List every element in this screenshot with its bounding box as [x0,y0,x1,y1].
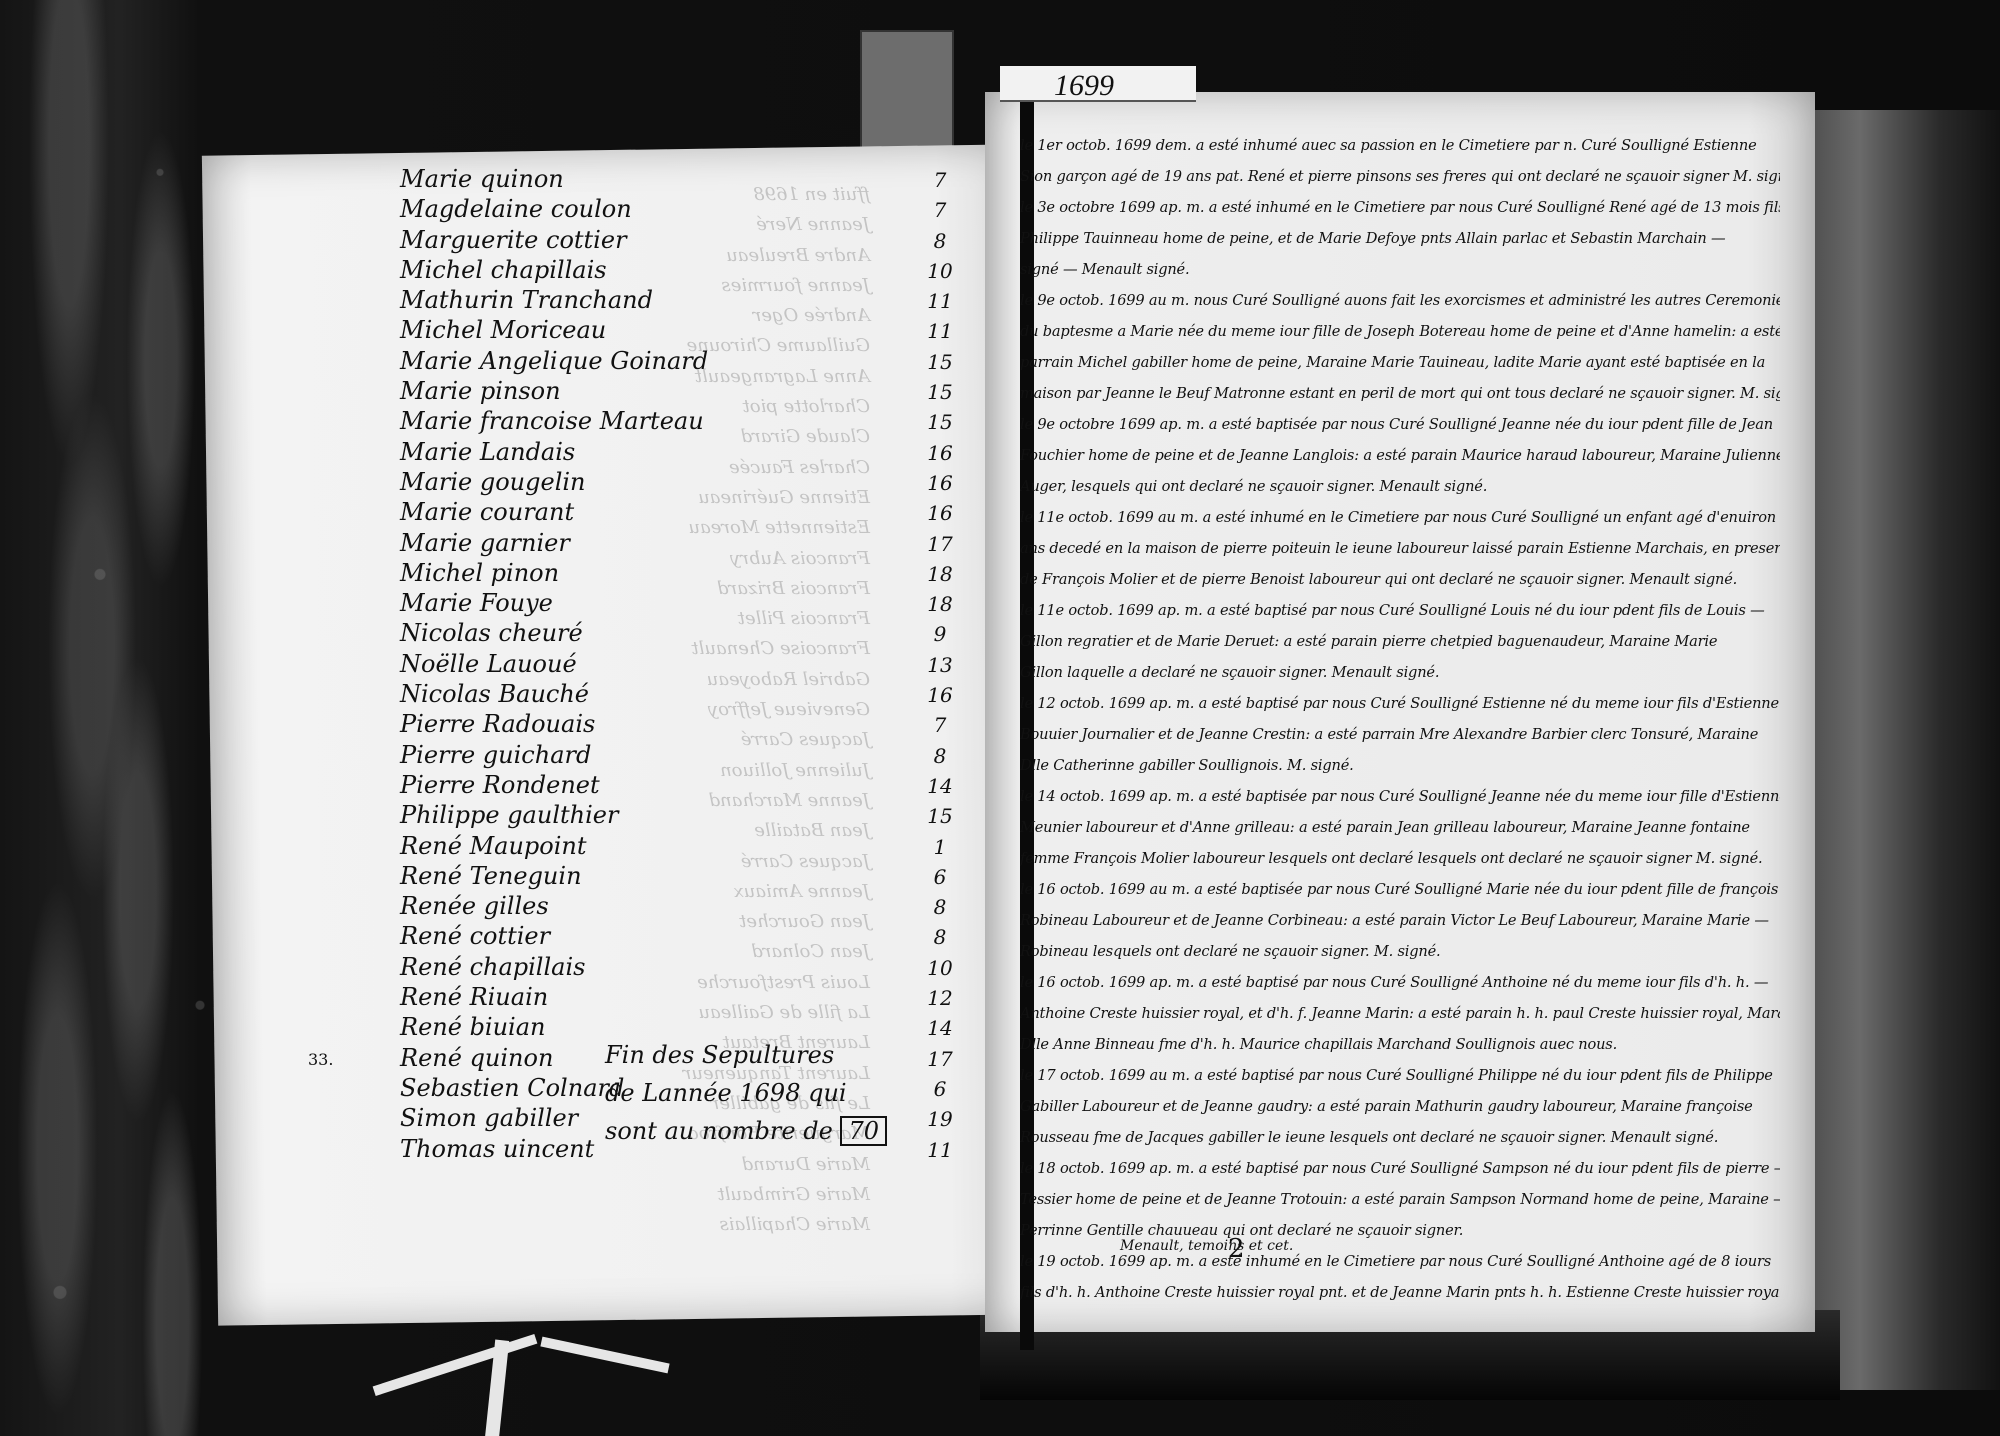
entry-day: 15 [920,410,960,434]
register-line: le 16 octob. 1699 au m. a esté baptisée … [1020,874,1780,905]
list-item: René Teneguin6 [400,862,960,892]
list-item: Nicolas cheuré9 [400,619,960,649]
register-line: femme François Molier laboureur lesquels… [1020,843,1780,874]
entry-day: 17 [920,532,960,556]
entry-name: Marie courant [400,498,574,526]
entry-day: 7 [920,168,960,192]
register-line: Meunier laboureur et d'Anne grilleau: a … [1020,812,1780,843]
margin-number: 33. [308,1050,333,1069]
register-line: parrain Michel gabiller home de peine, M… [1020,347,1780,378]
register-line: le 17 octob. 1699 au m. a esté baptisé p… [1020,1060,1780,1091]
entry-name: Noëlle Lauoué [400,650,577,678]
entry-day: 15 [920,804,960,828]
closing-line-2: de Lannée 1698 qui [605,1074,887,1112]
register-line: le 9e octobre 1699 ap. m. a esté baptisé… [1020,409,1780,440]
register-line: le 9e octob. 1699 au m. nous Curé Soulli… [1020,285,1780,316]
register-line: Rousseau fme de Jacques gabiller le ieun… [1020,1122,1780,1153]
entry-name: Marguerite cottier [400,226,627,254]
bleed-through-line: Marie Chapillais [640,1210,870,1240]
list-item: Philippe gaulthier15 [400,801,960,831]
list-item: Michel pinon18 [400,559,960,589]
binding-tab [860,30,954,164]
ribbon-marker [370,1320,670,1436]
entry-name: Simon gabiller [400,1104,578,1132]
closing-statement: Fin des Sepultures de Lannée 1698 qui so… [605,1036,887,1150]
list-item: René Maupoint1 [400,832,960,862]
register-line: Gillon laquelle a declaré ne sçauoir sig… [1020,657,1780,688]
entry-name: René chapillais [400,953,585,981]
entry-day: 6 [920,865,960,889]
list-item: Marie pinson15 [400,377,960,407]
entry-day: 18 [920,562,960,586]
register-line: fils d'h. h. Anthoine Creste huissier ro… [1020,1277,1780,1308]
entry-name: Michel Moriceau [400,316,606,344]
list-item: Michel Moriceau11 [400,316,960,346]
entry-name: René Maupoint [400,832,587,860]
entry-name: Marie pinson [400,377,561,405]
register-line: Sion garçon agé de 19 ans pat. René et p… [1020,161,1780,192]
list-item: Marguerite cottier8 [400,226,960,256]
total-count-box: 70 [840,1116,887,1146]
list-item: Marie Landais16 [400,438,960,468]
entry-day: 9 [920,622,960,646]
entry-day: 16 [920,471,960,495]
book-edge [1800,110,2000,1390]
entry-name: Michel pinon [400,559,559,587]
entry-name: Marie garnier [400,529,570,557]
entry-name: Michel chapillais [400,256,607,284]
register-line: Gillon regratier et de Marie Deruet: a e… [1020,626,1780,657]
closing-line-3: sont au nombre de 70 [605,1112,887,1150]
register-line: Gabiller Laboureur et de Jeanne gaudry: … [1020,1091,1780,1122]
entry-day: 15 [920,350,960,374]
register-line: Fouchier home de peine et de Jeanne Lang… [1020,440,1780,471]
register-line: Robineau lesquels ont declaré ne sçauoir… [1020,936,1780,967]
list-item: Marie Angelique Goinard15 [400,347,960,377]
entry-day: 16 [920,683,960,707]
entry-day: 17 [920,1047,960,1071]
entry-day: 10 [920,259,960,283]
entry-name: René Teneguin [400,862,582,890]
page-footer-mark: 2 [1228,1234,1245,1264]
register-line: le 1er octob. 1699 dem. a esté inhumé au… [1020,130,1780,161]
list-item: Mathurin Tranchand11 [400,286,960,316]
entry-name: Sebastien Colnard [400,1074,624,1102]
list-item: Magdelaine coulon7 [400,195,960,225]
entry-day: 15 [920,380,960,404]
list-item: Pierre Radouais7 [400,710,960,740]
register-line: signé — Menault signé. [1020,254,1780,285]
register-line: Dlle Anne Binneau fme d'h. h. Maurice ch… [1020,1029,1780,1060]
entry-name: Thomas uincent [400,1135,594,1163]
entry-name: René Riuain [400,983,548,1011]
burial-name-list: Marie quinon7Magdelaine coulon7Marguerit… [400,165,960,1165]
entry-day: 7 [920,713,960,737]
entry-name: Marie Angelique Goinard [400,347,708,375]
list-item: Marie courant16 [400,498,960,528]
entry-day: 16 [920,441,960,465]
entry-day: 16 [920,501,960,525]
register-line: le 11e octob. 1699 ap. m. a esté baptisé… [1020,595,1780,626]
register-line: Bouuier Journalier et de Jeanne Crestin:… [1020,719,1780,750]
entry-name: Philippe gaulthier [400,801,618,829]
list-item: René cottier8 [400,922,960,952]
register-line: de François Molier et de pierre Benoist … [1020,564,1780,595]
register-line: Auger, lesquels qui ont declaré ne sçauo… [1020,471,1780,502]
list-item: Nicolas Bauché16 [400,680,960,710]
list-item: René Riuain12 [400,983,960,1013]
list-item: Pierre Rondenet14 [400,771,960,801]
entry-name: Marie francoise Marteau [400,407,704,435]
entry-name: Pierre Rondenet [400,771,600,799]
register-entries: le 1er octob. 1699 dem. a esté inhumé au… [1020,130,1780,1308]
entry-name: Marie Landais [400,438,575,466]
year-label: 1699 [1000,66,1196,102]
list-item: Marie Fouye18 [400,589,960,619]
entry-day: 18 [920,592,960,616]
entry-name: Pierre guichard [400,741,591,769]
entry-day: 11 [920,1138,960,1162]
marbled-cover [0,0,230,1436]
entry-day: 8 [920,925,960,949]
entry-day: 7 [920,198,960,222]
entry-name: Renée gilles [400,892,549,920]
entry-day: 13 [920,653,960,677]
bleed-through-line: Marie Grimbault [640,1180,870,1210]
register-line: Anthoine Creste huissier royal, et d'h. … [1020,998,1780,1029]
entry-day: 14 [920,1016,960,1040]
closing-line-3-text: sont au nombre de [605,1117,833,1145]
entry-day: 11 [920,319,960,343]
entry-day: 8 [920,229,960,253]
list-item: Pierre guichard8 [400,741,960,771]
entry-name: Magdelaine coulon [400,195,632,223]
register-line: Dlle Catherinne gabiller Soullignois. M.… [1020,750,1780,781]
entry-name: Nicolas cheuré [400,619,583,647]
entry-day: 1 [920,835,960,859]
entry-name: Marie gougelin [400,468,586,496]
register-line: Philippe Tauinneau home de peine, et de … [1020,223,1780,254]
entry-day: 10 [920,956,960,980]
entry-name: René biuian [400,1013,546,1041]
list-item: Marie francoise Marteau15 [400,407,960,437]
closing-line-1: Fin des Sepultures [605,1036,887,1074]
list-item: Michel chapillais10 [400,256,960,286]
entry-day: 6 [920,1077,960,1101]
entry-name: René cottier [400,922,550,950]
list-item: Marie garnier17 [400,529,960,559]
page-footer: Menault, temoins et cet. [1120,1238,1293,1254]
entry-name: René quinon [400,1044,553,1072]
register-line: du baptesme a Marie née du meme iour fil… [1020,316,1780,347]
list-item: René chapillais10 [400,953,960,983]
list-item: Marie gougelin16 [400,468,960,498]
register-line: Tessier home de peine et de Jeanne Troto… [1020,1184,1780,1215]
register-line: le 18 octob. 1699 ap. m. a esté baptisé … [1020,1153,1780,1184]
entry-name: Marie Fouye [400,589,553,617]
list-item: Renée gilles8 [400,892,960,922]
entry-day: 12 [920,986,960,1010]
entry-name: Marie quinon [400,165,564,193]
register-line: le 3e octobre 1699 ap. m. a esté inhumé … [1020,192,1780,223]
entry-name: Nicolas Bauché [400,680,589,708]
entry-day: 11 [920,289,960,313]
entry-day: 19 [920,1107,960,1131]
list-item: Marie quinon7 [400,165,960,195]
register-line: le 12 octob. 1699 ap. m. a esté baptisé … [1020,688,1780,719]
register-line: maison par Jeanne le Beuf Matronne estan… [1020,378,1780,409]
register-line: le 11e octob. 1699 au m. a esté inhumé e… [1020,502,1780,533]
entry-name: Mathurin Tranchand [400,286,653,314]
entry-day: 8 [920,744,960,768]
entry-day: 8 [920,895,960,919]
register-line: le 16 octob. 1699 ap. m. a esté baptisé … [1020,967,1780,998]
register-line: ans decedé en la maison de pierre poiteu… [1020,533,1780,564]
register-line: Robineau Laboureur et de Jeanne Corbinea… [1020,905,1780,936]
entry-day: 14 [920,774,960,798]
list-item: Noëlle Lauoué13 [400,650,960,680]
entry-name: Pierre Radouais [400,710,595,738]
register-line: le 14 octob. 1699 ap. m. a esté baptisée… [1020,781,1780,812]
